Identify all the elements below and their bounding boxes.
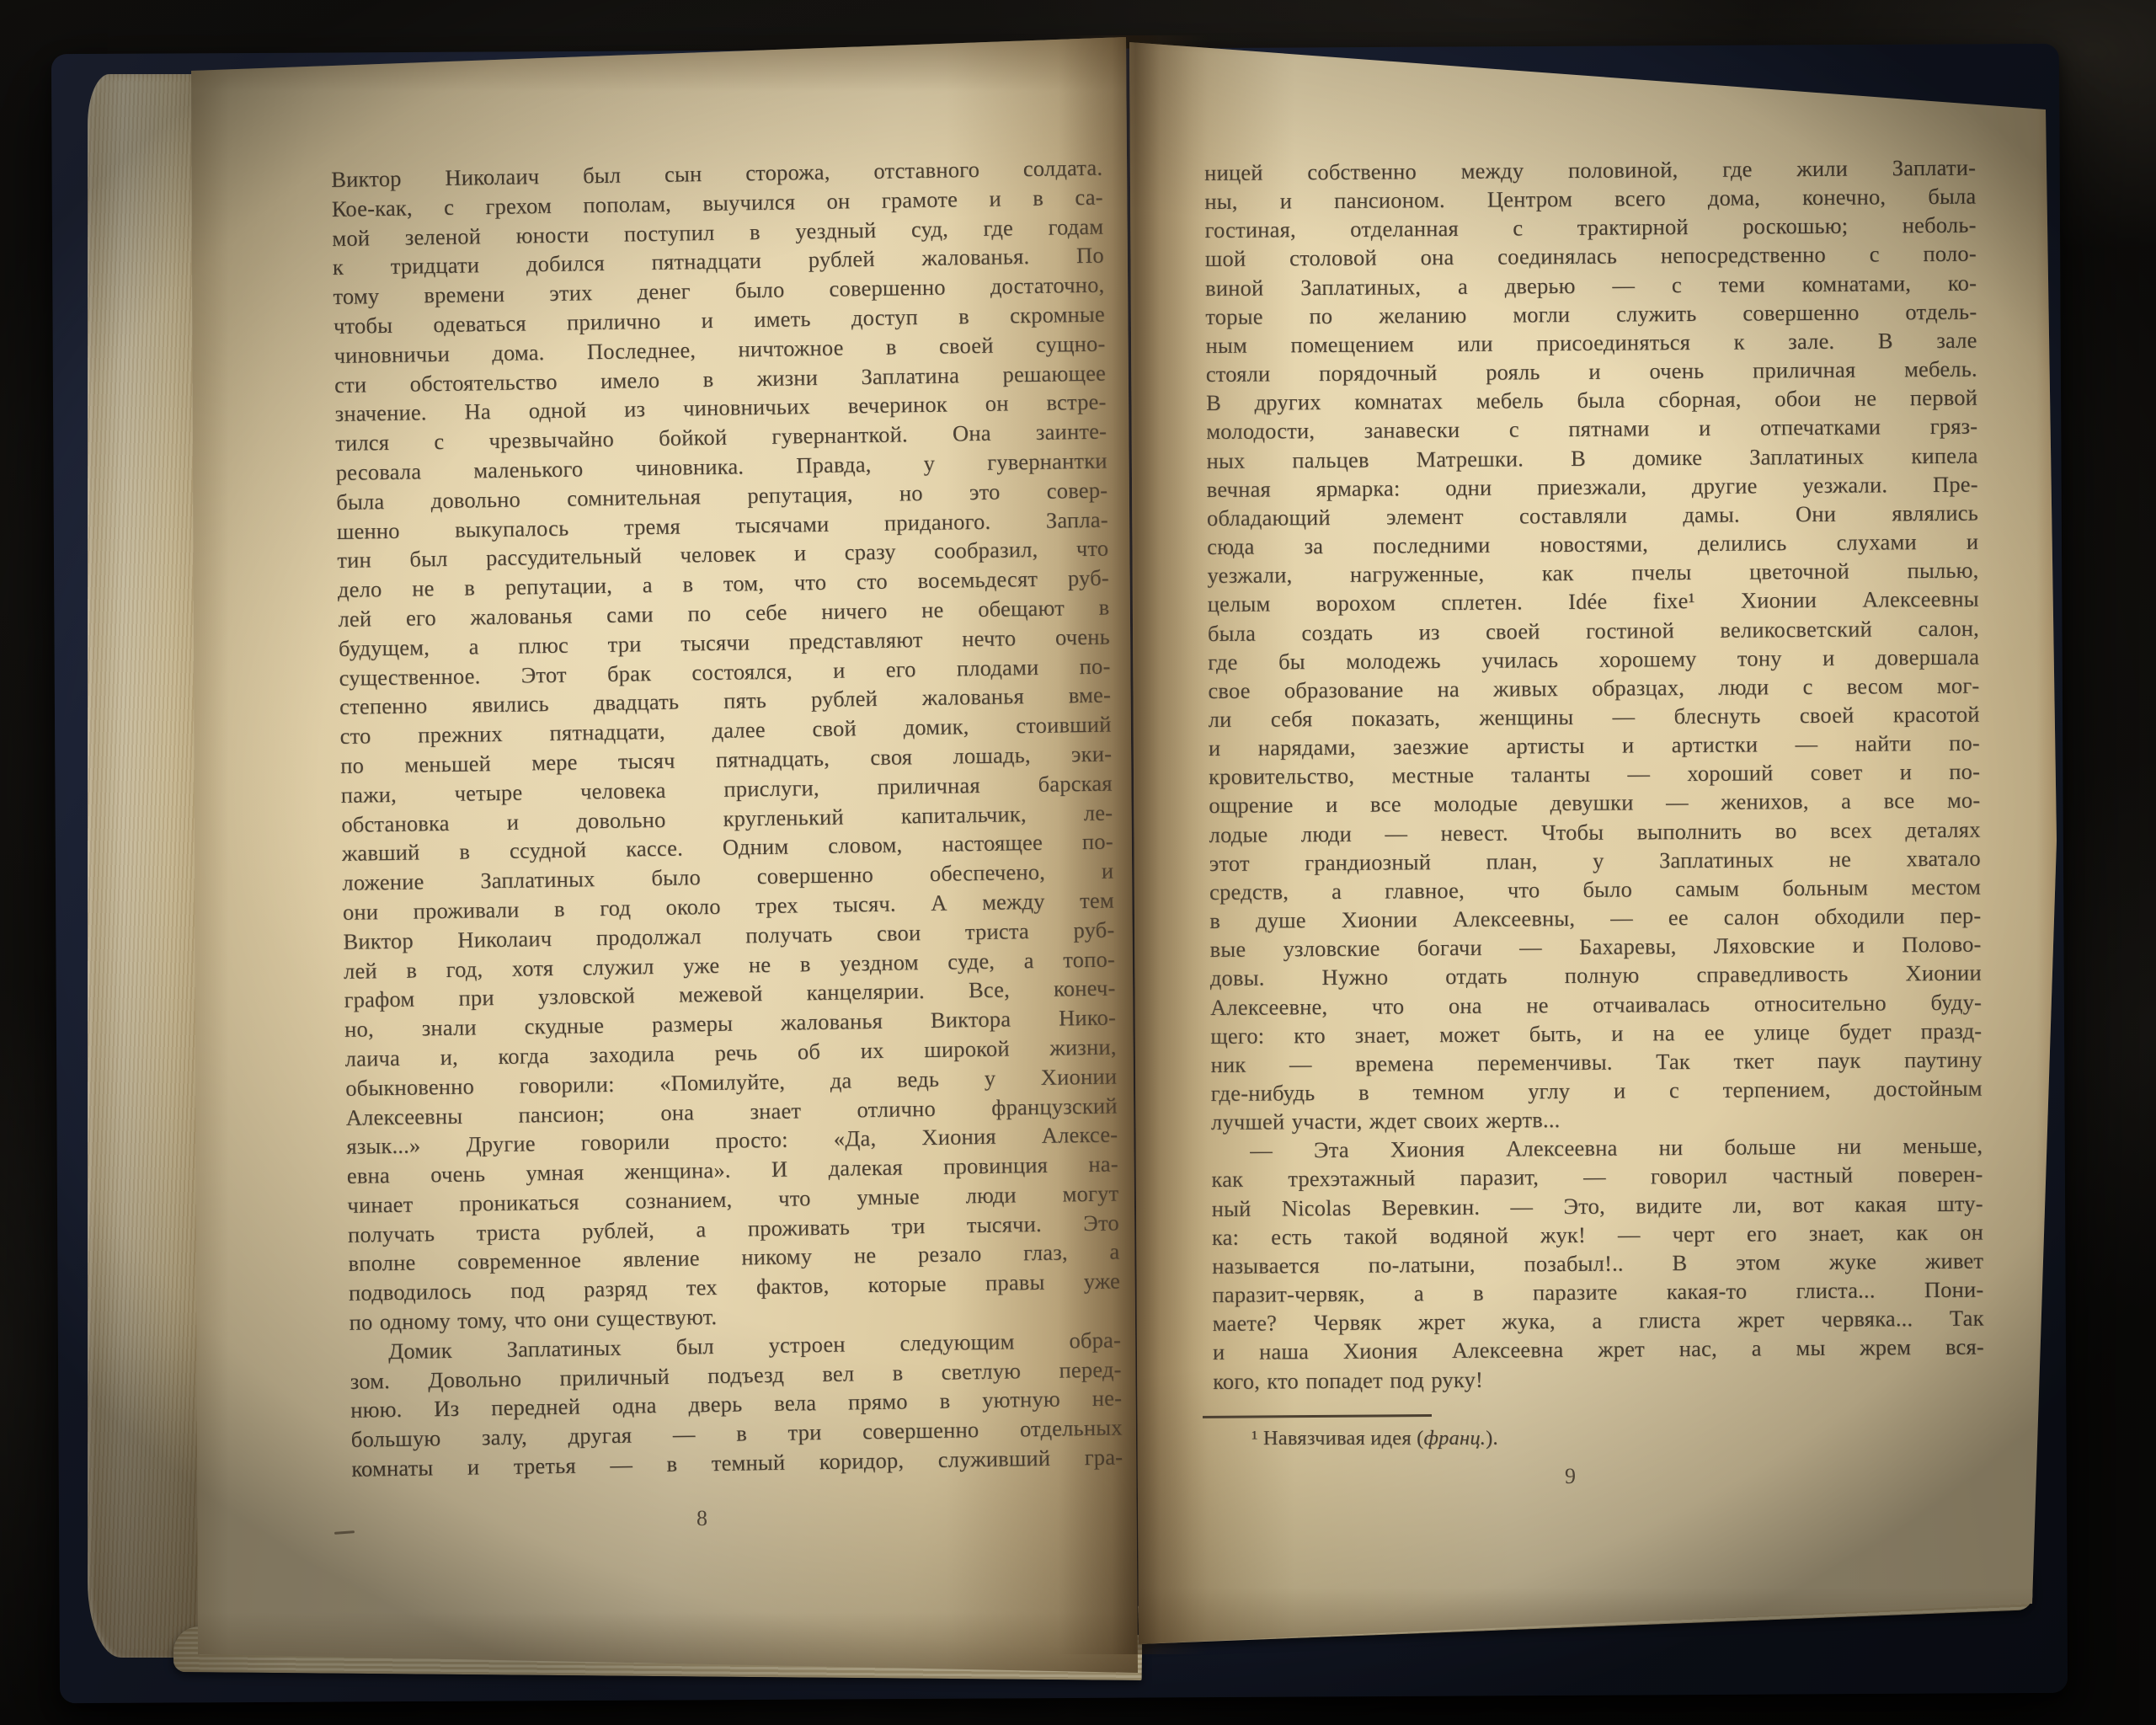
text-line: как трехэтажный паразит, — говорил частн…: [1211, 1160, 1983, 1194]
text-line: довы. Нужно отдать полную справедливость…: [1210, 959, 1982, 993]
text-line: где-нибудь в темном углу и с терпением, …: [1211, 1074, 1983, 1108]
left-page-text: Виктор Николаич был сын сторожа, отставн…: [331, 153, 1123, 1484]
page-edges-left-stack: [88, 74, 205, 1658]
photo-open-book: Виктор Николаич был сын сторожа, отставн…: [0, 0, 2156, 1725]
footnote-text: ¹ Навязчивая идея (: [1251, 1427, 1424, 1450]
text-line: кого, кто попадет под руку!: [1213, 1361, 1984, 1396]
left-page: Виктор Николаич был сын сторожа, отставн…: [181, 34, 1138, 1678]
footnote: ¹ Навязчивая идея (франц.).: [1251, 1427, 1498, 1450]
text-line: молодости, занавески с пятнами и отпечат…: [1206, 412, 1977, 446]
footnote-italic-text: франц.: [1424, 1427, 1486, 1450]
stray-mark: [334, 1530, 355, 1535]
text-line: целым ворохом сплетен. Idée fixe¹ Хионии…: [1208, 585, 1979, 619]
text-line: шой столовой она соединялась непосредств…: [1205, 239, 1977, 274]
right-page: ницей собственно между половиной, где жи…: [1127, 32, 2060, 1653]
left-page-number: 8: [696, 1506, 708, 1531]
footnote-suffix: ).: [1486, 1427, 1498, 1450]
right-page-number: 9: [1565, 1464, 1577, 1489]
footnote-rule: [1203, 1414, 1432, 1418]
right-page-text: ницей собственно между половиной, где жи…: [1204, 153, 1984, 1396]
text-line: ощрение и все молодые девушки — женихов,…: [1209, 786, 1980, 820]
text-line: и наша Хиония Алексеевна жрет нас, а мы …: [1213, 1332, 1984, 1367]
